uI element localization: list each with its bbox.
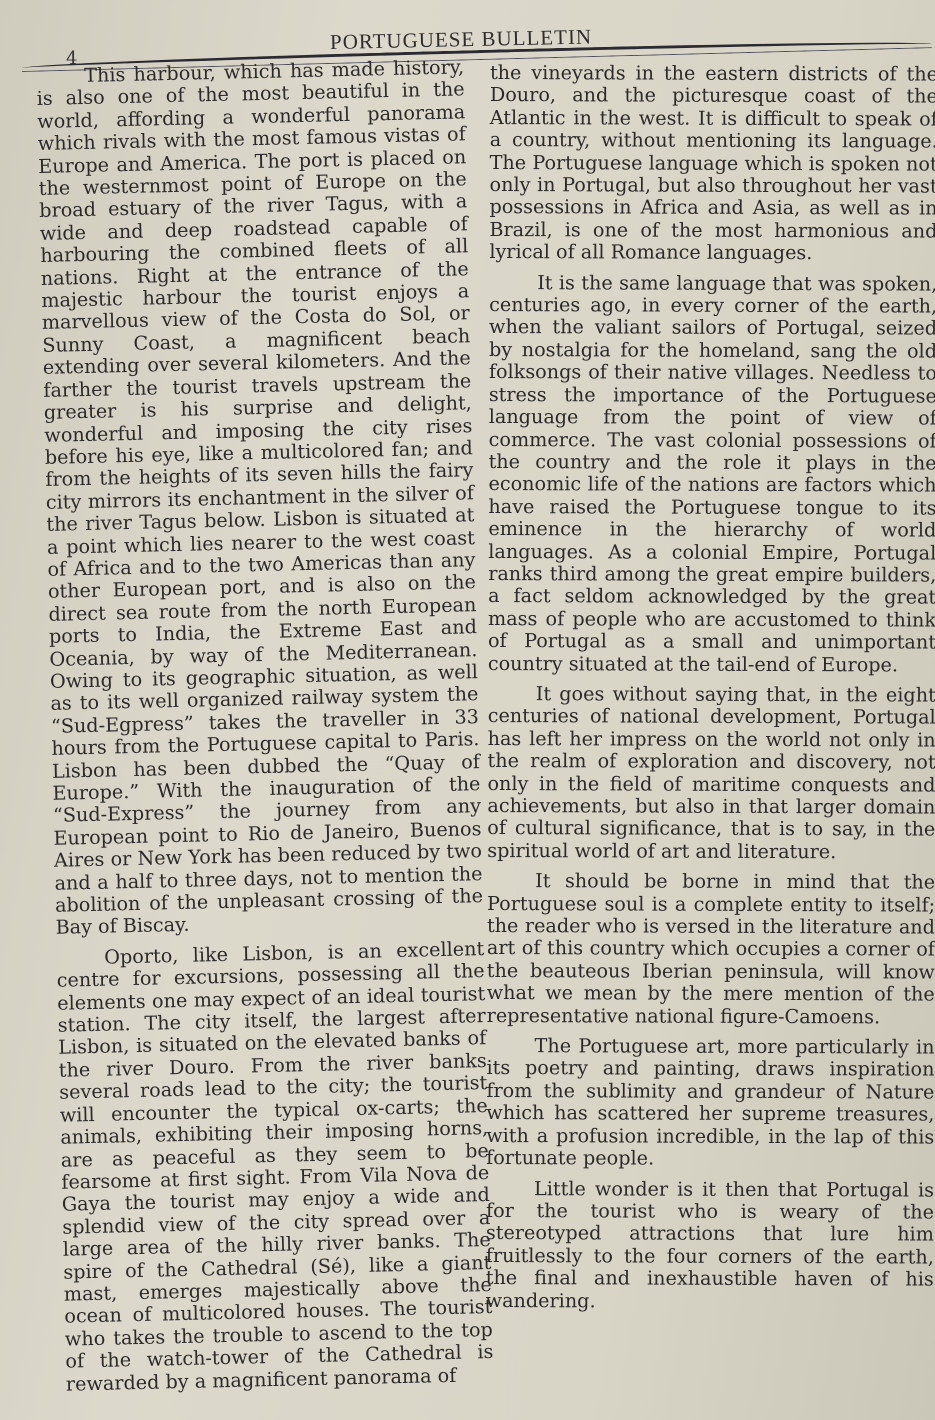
- paragraph-portuguese-soul: It should be borne in mind that the Port…: [487, 870, 935, 1028]
- left-column: This harbour, which has made history, is…: [36, 56, 494, 1403]
- page-header: 4 PORTUGUESE BULLETIN: [0, 14, 935, 64]
- right-column: the vineyards in the eastern districts o…: [486, 62, 935, 1321]
- paragraph-centuries: It goes without saying that, in the eigh…: [487, 683, 935, 864]
- bulletin-page: 4 PORTUGUESE BULLETIN This harbour, whic…: [0, 0, 935, 1420]
- paragraph-oporto: Oporto, like Lisbon, is an excellent cen…: [56, 938, 494, 1396]
- paragraph-lisbon-harbour: This harbour, which has made history, is…: [36, 56, 484, 939]
- paragraph-portuguese-art: The Portuguese art, more particularly in…: [486, 1035, 934, 1171]
- paragraph-continued-douro: the vineyards in the eastern districts o…: [489, 62, 935, 265]
- paragraph-language: It is the same language that was spoken,…: [488, 272, 935, 677]
- paragraph-little-wonder: Little wonder is it then that Portugal i…: [486, 1177, 934, 1313]
